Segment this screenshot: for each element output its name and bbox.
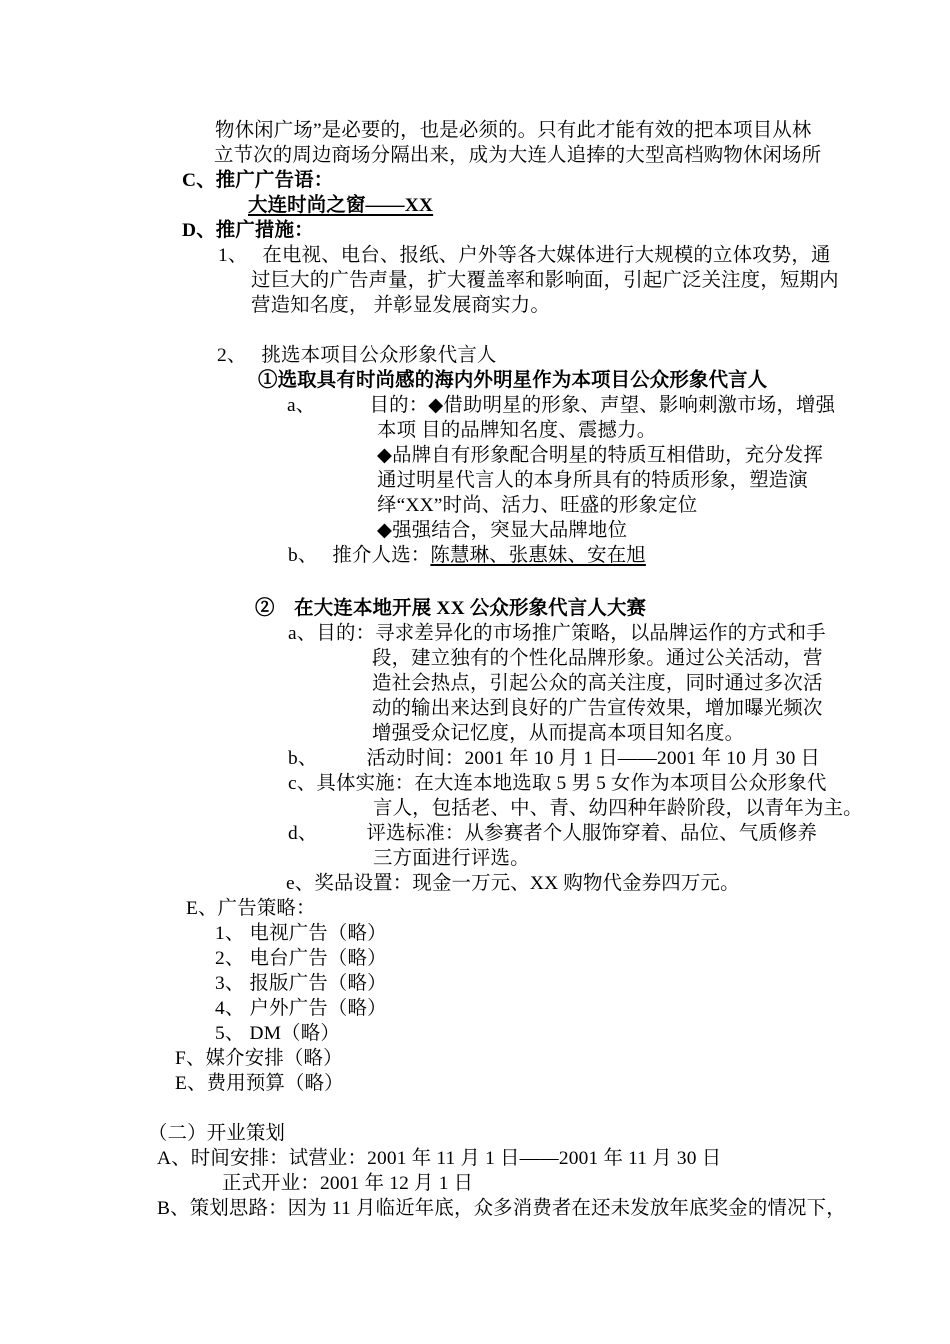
text-segment: d、 评选标准：从参赛者个人服饰穿着、品位、气质修养 — [288, 823, 817, 844]
text-segment: 立节次的周边商场分隔出来，成为大连人追捧的大型高档购物休闲场所 — [214, 145, 821, 166]
document-line: a、目的：寻求差异化的市场推广策略，以品牌运作的方式和手 — [288, 621, 826, 646]
document-line: c、具体实施：在大连本地选取 5 男 5 女作为本项目公众形象代 — [288, 771, 827, 796]
text-segment: E、费用预算（略） — [175, 1073, 344, 1094]
document-line: d、 评选标准：从参赛者个人服饰穿着、品位、气质修养 — [288, 821, 817, 846]
text-segment: 本项 目的品牌知名度、震撼力。 — [377, 420, 656, 441]
text-segment: 三方面进行评选。 — [373, 848, 530, 869]
document-line: 4、 户外广告（略） — [215, 996, 387, 1021]
heading-line: D、推广措施： — [182, 218, 314, 243]
heading-line: ② 在大连本地开展 XX 公众形象代言人大赛 — [255, 596, 646, 621]
text-segment: 增强受众记忆度，从而提高本项目知名度。 — [372, 723, 744, 744]
text-segment: 段，建立独有的个性化品牌形象。通过公关活动，营 — [372, 648, 823, 669]
text-segment: 1、 电视广告（略） — [215, 923, 387, 944]
text-segment: 营造知名度， 并彰显发展商实力。 — [251, 295, 550, 316]
text-segment: 绎“XX”时尚、活力、旺盛的形象定位 — [377, 495, 697, 516]
text-segment: 造社会热点，引起公众的高关注度，同时通过多次活 — [372, 673, 823, 694]
document-line: 增强受众记忆度，从而提高本项目知名度。 — [372, 721, 744, 746]
text-segment: 2、 挑选本项目公众形象代言人 — [217, 345, 497, 366]
document-line: 通过明星代言人的本身所具有的特质形象，塑造演 — [377, 468, 808, 493]
text-segment: B、策划思路：因为 11 月临近年底，众多消费者在还未发放年底奖金的情况下， — [157, 1198, 846, 1219]
text-segment: 言人，包括老、中、青、幼四种年龄阶段，以青年为主。 — [373, 798, 863, 819]
document-line: （二）开业策划 — [148, 1121, 285, 1146]
text-segment: a、 目的：◆借助明星的形象、声望、影响刺激市场，增强 — [287, 395, 835, 416]
document-line: 2、 挑选本项目公众形象代言人 — [217, 343, 497, 368]
document-line: E、费用预算（略） — [175, 1071, 344, 1096]
document-line: B、策划思路：因为 11 月临近年底，众多消费者在还未发放年底奖金的情况下， — [157, 1196, 846, 1221]
document-line: b、 活动时间：2001 年 10 月 1 日——2001 年 10 月 30 … — [288, 746, 820, 771]
document-line: 动的输出来达到良好的广告宣传效果，增加曝光频次 — [372, 696, 823, 721]
text-segment: b、 活动时间：2001 年 10 月 1 日——2001 年 10 月 30 … — [288, 748, 820, 769]
document-line: 正式开业：2001 年 12 月 1 日 — [222, 1171, 473, 1196]
text-segment: 动的输出来达到良好的广告宣传效果，增加曝光频次 — [372, 698, 823, 719]
text-segment: C、推广广告语： — [182, 170, 333, 191]
text-segment: 通过明星代言人的本身所具有的特质形象，塑造演 — [377, 470, 808, 491]
text-segment: c、具体实施：在大连本地选取 5 男 5 女作为本项目公众形象代 — [288, 773, 827, 794]
document-line: 2、 电台广告（略） — [215, 946, 387, 971]
text-segment: 4、 户外广告（略） — [215, 998, 387, 1019]
text-segment: （二）开业策划 — [148, 1123, 285, 1144]
document-line: e、奖品设置：现金一万元、XX 购物代金券四万元。 — [286, 871, 740, 896]
text-segment: 1、 在电视、电台、报纸、户外等各大媒体进行大规模的立体攻势，通 — [218, 245, 831, 266]
text-segment: D、推广措施： — [182, 220, 314, 241]
text-segment: a、目的：寻求差异化的市场推广策略，以品牌运作的方式和手 — [288, 623, 826, 644]
text-segment: ◆强强结合，突显大品牌地位 — [377, 520, 627, 541]
underlined-text: 陈慧琳、张惠妹、安在旭 — [430, 545, 646, 566]
document-line: A、时间安排：试营业：2001 年 11 月 1 日——2001 年 11 月 … — [157, 1146, 721, 1171]
document-line: 三方面进行评选。 — [373, 846, 530, 871]
document-line: F、媒介安排（略） — [175, 1046, 343, 1071]
heading-line: C、推广广告语： — [182, 168, 333, 193]
document-line: ◆强强结合，突显大品牌地位 — [377, 518, 627, 543]
document-line: 言人，包括老、中、青、幼四种年龄阶段，以青年为主。 — [373, 796, 863, 821]
heading-line: ①选取具有时尚感的海内外明星作为本项目公众形象代言人 — [258, 368, 767, 393]
text-segment: 3、 报版广告（略） — [215, 973, 387, 994]
document-line: 营造知名度， 并彰显发展商实力。 — [251, 293, 550, 318]
text-segment: F、媒介安排（略） — [175, 1048, 343, 1069]
text-segment: 5、 DM（略） — [215, 1023, 340, 1044]
document-line: 过巨大的广告声量，扩大覆盖率和影响面，引起广泛关注度，短期内 — [251, 268, 839, 293]
document-line: ◆品牌自有形象配合明星的特质互相借助，充分发挥 — [377, 443, 823, 468]
text-segment: b、 推介人选： — [288, 545, 430, 566]
text-segment: ◆品牌自有形象配合明星的特质互相借助，充分发挥 — [377, 445, 823, 466]
text-segment: A、时间安排：试营业：2001 年 11 月 1 日——2001 年 11 月 … — [157, 1148, 721, 1169]
document-line: 绎“XX”时尚、活力、旺盛的形象定位 — [377, 493, 697, 518]
document-line: 1、 电视广告（略） — [215, 921, 387, 946]
document-page: 物休闲广场”是必要的，也是必须的。只有此才能有效的把本项目从林立节次的周边商场分… — [0, 0, 950, 1344]
document-line: E、广告策略： — [186, 896, 316, 921]
heading-line: 大连时尚之窗——XX — [248, 193, 433, 218]
document-line: 立节次的周边商场分隔出来，成为大连人追捧的大型高档购物休闲场所 — [214, 143, 821, 168]
document-line: 物休闲广场”是必要的，也是必须的。只有此才能有效的把本项目从林 — [215, 118, 812, 143]
document-line: b、 推介人选：陈慧琳、张惠妹、安在旭 — [288, 543, 646, 568]
underlined-text: 大连时尚之窗——XX — [248, 195, 433, 216]
text-segment: 过巨大的广告声量，扩大覆盖率和影响面，引起广泛关注度，短期内 — [251, 270, 839, 291]
text-segment: E、广告策略： — [186, 898, 316, 919]
document-line: 1、 在电视、电台、报纸、户外等各大媒体进行大规模的立体攻势，通 — [218, 243, 831, 268]
document-line: 3、 报版广告（略） — [215, 971, 387, 996]
text-segment: 物休闲广场”是必要的，也是必须的。只有此才能有效的把本项目从林 — [215, 120, 812, 141]
document-line: 5、 DM（略） — [215, 1021, 340, 1046]
text-segment: ①选取具有时尚感的海内外明星作为本项目公众形象代言人 — [258, 370, 767, 391]
document-line: a、 目的：◆借助明星的形象、声望、影响刺激市场，增强 — [287, 393, 835, 418]
document-line: 造社会热点，引起公众的高关注度，同时通过多次活 — [372, 671, 823, 696]
text-segment: 2、 电台广告（略） — [215, 948, 387, 969]
text-segment: 正式开业：2001 年 12 月 1 日 — [222, 1173, 473, 1194]
text-segment: ② 在大连本地开展 XX 公众形象代言人大赛 — [255, 598, 646, 619]
text-segment: e、奖品设置：现金一万元、XX 购物代金券四万元。 — [286, 873, 740, 894]
document-line: 段，建立独有的个性化品牌形象。通过公关活动，营 — [372, 646, 823, 671]
document-line: 本项 目的品牌知名度、震撼力。 — [377, 418, 656, 443]
